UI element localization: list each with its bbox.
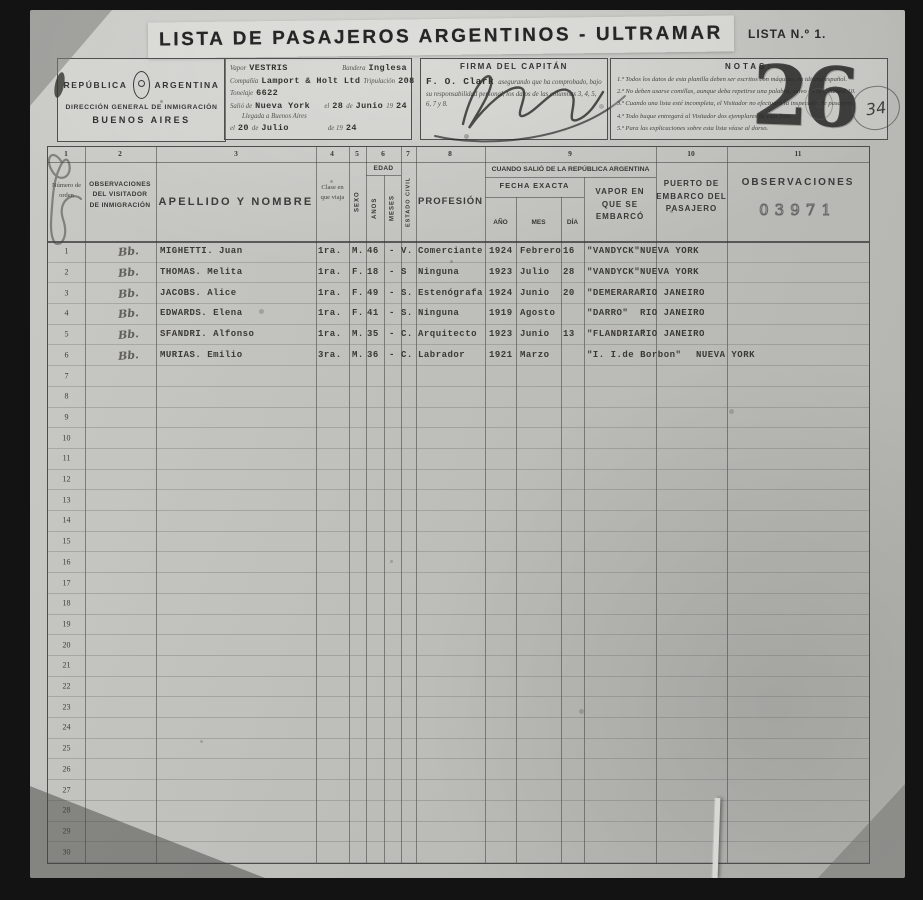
column-number: 8 [448,149,452,158]
cell-ano: 1923 [489,329,519,339]
table-row: 9 [48,407,869,429]
table-row: 28 [48,800,869,822]
cell-meses: - [384,246,400,256]
cell-prof: Estenógrafa [418,288,485,298]
table-row: 24 [48,717,869,739]
cell-name: MURIAS. Emilio [160,350,318,360]
cell-anos: 49 [367,288,384,298]
cell-mes: Febrero [520,246,562,256]
cell-meses: - [384,350,400,360]
cell-estado: S [401,267,417,277]
cell-n: 20 [48,640,85,649]
cell-n: 9 [48,412,85,421]
table-row: 26 [48,759,869,781]
table-row: 17 [48,572,869,594]
cell-sexo: F. [352,308,367,318]
cell-dia: 28 [563,267,584,277]
cell-sexo: F. [352,267,367,277]
cell-prof: Ninguna [418,308,485,318]
cell-dia: 13 [563,329,584,339]
header-estado-civil: ESTADO CIVIL [401,162,416,241]
cell-n: 5 [48,330,85,339]
header-profesion: PROFESIÓN [416,162,485,241]
cell-clase: 1ra. [318,267,350,277]
ship-info-box: Vapor VESTRIS Bandera Inglesa Compañía L… [224,58,412,140]
cell-n: 8 [48,392,85,401]
cell-mes: Agosto [520,308,562,318]
header-clase: Clase en que viaja [316,183,349,203]
salio-year-value: 24 [396,101,407,111]
cell-mark: Bb. [117,347,152,363]
header-sexo: SEXO [349,162,366,241]
cell-n: 25 [48,744,85,753]
table-row: 16 [48,552,869,574]
column-number: 2 [118,149,122,158]
list-number: LISTA N.º 1. [748,27,826,41]
cell-estado: S. [401,288,417,298]
cell-n: 21 [48,661,85,670]
cell-estado: C. [401,329,417,339]
cell-prof: Comerciante [418,246,485,256]
cell-meses: - [384,267,400,277]
cell-prof: Labrador [418,350,485,360]
el-label: el [324,103,329,110]
cell-n: 24 [48,723,85,732]
cell-clase: 3ra. [318,350,350,360]
vapor-label: Vapor [230,65,246,72]
bandera-value: Inglesa [368,63,407,73]
page-title: LISTA DE PASAJEROS ARGENTINOS - ULTRAMAR [159,23,723,52]
serial-number-stamp: 03971 [727,199,869,221]
header-puerto-embarco: PUERTO DE EMBARCO DEL PASAJERO [656,169,727,225]
table-row: 13 [48,489,869,511]
llegada-label: Llegada a Buenos Aires [242,113,307,120]
republica-label: REPÚBLICA [64,80,128,90]
llegada-day-value: 20 [238,123,249,133]
table-row: 3Bb.JACOBS. Alice1ra.F.49-S.Estenógrafa1… [48,282,869,304]
firma-del-capitan-title: FIRMA DEL CAPITÁN [426,62,602,71]
column-number: 5 [355,149,359,158]
captain-signature-box: FIRMA DEL CAPITÁN F. O. Clarkasegurando … [420,58,608,140]
column-number: 3 [234,149,238,158]
cell-ano: 1924 [489,246,519,256]
salio-de-label: Salió de [230,103,252,110]
header-cuando-salio: CUANDO SALIÓ DE LA REPÚBLICA ARGENTINA [485,164,656,175]
column-number: 4 [330,149,334,158]
cell-vapor: "I. I.de Borbon" [587,350,657,360]
column-number: 7 [406,149,410,158]
cell-dia: 20 [563,288,584,298]
cell-sexo: M. [352,246,367,256]
table-row: 10 [48,427,869,449]
table-row: 29 [48,821,869,843]
table-row: 21 [48,655,869,677]
header-anos: AÑOS [366,177,384,239]
cell-puerto: NUEVA YORK [640,267,780,277]
cell-sexo: M. [352,329,367,339]
table-row: 7 [48,365,869,387]
vapor-value: VESTRIS [249,63,288,73]
salio-month-value: Junio [356,101,384,111]
header-fecha-exacta: FECHA EXACTA [485,180,584,191]
cell-estado: V. [401,246,417,256]
passenger-table: 1234567891011 Número de orden OBSERVACIO… [47,146,870,864]
lleg-de19-label: de 19 [328,125,343,132]
cell-mark: Bb. [117,326,152,342]
table-row: 25 [48,738,869,760]
cell-n: 18 [48,599,85,608]
header-observaciones-visitador: OBSERVACIONES DEL VISITADOR DE INMIGRACI… [88,180,152,211]
cell-ano: 1921 [489,350,519,360]
paper-stains [160,100,163,103]
cell-mark: Bb. [117,264,152,280]
header-vapor-embarco: VAPOR EN QUE SE EMBARCÓ [584,181,656,229]
table-row: 12 [48,469,869,491]
cell-n: 14 [48,516,85,525]
cell-clase: 1ra. [318,288,350,298]
cell-n: 10 [48,433,85,442]
de-label: de [346,103,352,110]
cell-meses: - [384,329,400,339]
llegada-month-value: Julio [261,123,289,133]
cell-clase: 1ra. [318,329,350,339]
cell-meses: - [384,288,400,298]
cell-n: 6 [48,350,85,359]
cell-mes: Marzo [520,350,562,360]
cell-name: MIGHETTI. Juan [160,246,318,256]
cell-prof: Arquitecto [418,329,485,339]
cell-mark: Bb. [117,243,152,259]
table-row: 23 [48,696,869,718]
cell-sexo: F. [352,288,367,298]
cell-mes: Junio [520,329,562,339]
table-row: 22 [48,676,869,698]
table-row: 20 [48,634,869,656]
cell-dia: 16 [563,246,584,256]
lleg-el-label: el [230,125,235,132]
de19-label: 19 [386,103,393,110]
cell-puerto: RIO JANEIRO [640,288,780,298]
cell-meses: - [384,308,400,318]
title-banner: LISTA DE PASAJEROS ARGENTINOS - ULTRAMAR [148,15,734,58]
cell-mark: Bb. [117,285,152,301]
compania-value: Lamport & Holt Ltd [261,76,360,86]
salio-port-value: Nueva York [255,101,310,111]
cell-estado: S. [401,308,417,318]
tripulacion-value: 208 [398,76,415,86]
cell-anos: 35 [367,329,384,339]
table-row: 2Bb.THOMAS. Melita1ra.F.18-SNinguna1923J… [48,262,869,284]
cell-clase: 1ra. [318,308,350,318]
cell-name: THOMAS. Melita [160,267,318,277]
cell-mes: Julio [520,267,562,277]
cell-name: JACOBS. Alice [160,288,318,298]
argentina-label: ARGENTINA [155,80,220,90]
scan-background: LISTA DE PASAJEROS ARGENTINOS - ULTRAMAR… [0,0,923,900]
table-row: 4Bb.EDWARDS. Elena1ra.F.41-S.Ninguna1919… [48,303,869,325]
cell-anos: 36 [367,350,384,360]
table-row: 19 [48,614,869,636]
compania-label: Compañía [230,78,258,85]
cell-n: 1 [48,247,85,256]
cell-mes: Junio [520,288,562,298]
table-row: 6Bb.MURIAS. Emilio3ra.M.36-C.Labrador192… [48,345,869,367]
tonelaje-label: Tonelaje [230,90,253,97]
column-number: 10 [687,149,695,158]
cell-name: EDWARDS. Elena [160,308,318,318]
column-number: 9 [568,149,572,158]
cell-anos: 18 [367,267,384,277]
header-mes: MES [516,207,561,237]
tripulacion-label: Tripulación [363,78,395,85]
cell-n: 2 [48,268,85,277]
table-row: 5Bb.SFANDRI. Alfonso1ra.M.35-C.Arquitect… [48,324,869,346]
cell-clase: 1ra. [318,246,350,256]
table-row: 1Bb.MIGHETTI. Juan1ra.M.46-V.Comerciante… [48,241,869,263]
column-number: 6 [381,149,385,158]
cell-n: 16 [48,557,85,566]
header-ano: AÑO [485,207,516,237]
table-row: 11 [48,448,869,470]
header-numero-orden: Número de orden [48,181,85,201]
cell-n: 19 [48,619,85,628]
cell-puerto: NUEVA YORK [640,246,780,256]
column-number: 1 [64,149,68,158]
argentina-coat-of-arms-icon [133,71,150,99]
cell-estado: C. [401,350,417,360]
captain-name: F. O. Clark [426,76,494,87]
cell-n: 22 [48,682,85,691]
table-body: 1Bb.MIGHETTI. Juan1ra.M.46-V.Comerciante… [48,241,869,862]
table-row: 15 [48,531,869,553]
cell-sexo: M. [352,350,367,360]
scanned-page: LISTA DE PASAJEROS ARGENTINOS - ULTRAMAR… [30,10,905,878]
header-observaciones: OBSERVACIONES [727,175,869,189]
llegada-year-value: 24 [346,123,357,133]
salio-day-value: 28 [332,101,343,111]
cell-anos: 41 [367,308,384,318]
header-edad: EDAD [366,164,401,174]
cell-puerto: RIO JANEIRO [640,329,780,339]
cell-n: 23 [48,702,85,711]
cell-n: 26 [48,764,85,773]
cell-mark: Bb. [117,305,152,321]
cell-puerto: RIO JANEIRO [640,308,780,318]
lleg-de-label: de [252,125,258,132]
header-apellido-nombre: APELLIDO Y NOMBRE [156,162,316,241]
bandera-label: Bandera [342,65,365,72]
direccion-general-label: DIRECCIÓN GENERAL DE INMIGRACIÓN [58,104,225,111]
cell-puerto: NUEVA YORK [696,350,836,360]
page-number-stamp: 26 [751,54,856,140]
cell-prof: Ninguna [418,267,485,277]
cell-ano: 1923 [489,267,519,277]
cell-ano: 1924 [489,288,519,298]
cell-n: 4 [48,309,85,318]
column-number: 11 [794,149,801,158]
cell-anos: 46 [367,246,384,256]
cell-n: 17 [48,578,85,587]
cell-n: 27 [48,785,85,794]
cell-name: SFANDRI. Alfonso [160,329,318,339]
cell-n: 3 [48,288,85,297]
cell-ano: 1919 [489,308,519,318]
table-row: 18 [48,593,869,615]
table-row: 8 [48,386,869,408]
table-row: 27 [48,779,869,801]
cell-n: 12 [48,475,85,484]
header-meses: MESES [384,177,401,239]
table-row: 14 [48,510,869,532]
cell-n: 15 [48,537,85,546]
tonelaje-value: 6622 [256,88,278,98]
cell-n: 13 [48,495,85,504]
buenos-aires-label: BUENOS AIRES [58,115,225,125]
cell-n: 7 [48,371,85,380]
cell-n: 11 [48,454,85,463]
header-dia: DÍA [561,207,584,237]
issuing-authority-box: REPÚBLICA ARGENTINA DIRECCIÓN GENERAL DE… [57,58,226,142]
